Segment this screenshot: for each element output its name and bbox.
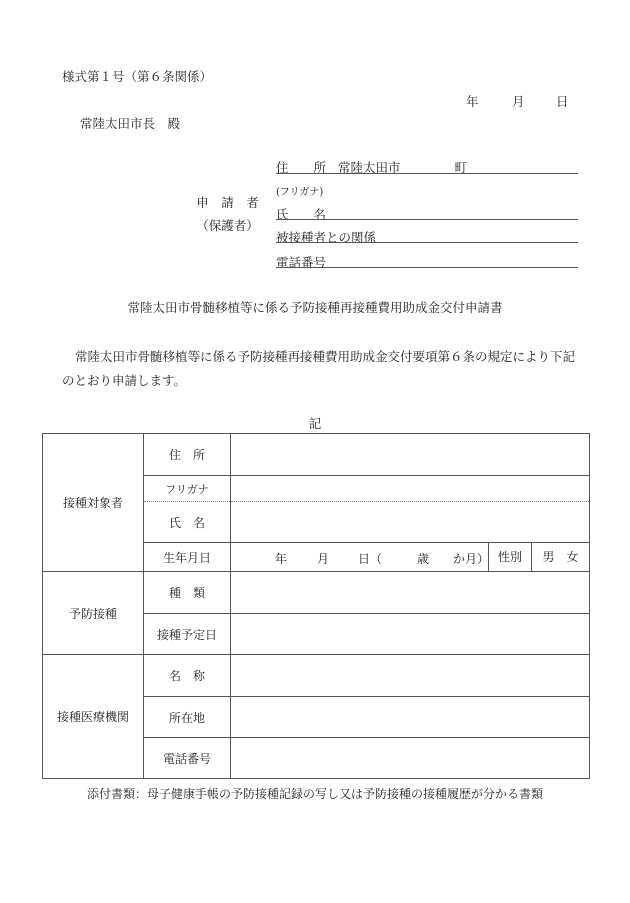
date-month: 月 [512, 92, 525, 110]
birth-day-label: 日（ [358, 550, 382, 567]
row-label-scheduled-date: 接種予定日 [144, 614, 231, 655]
document-title: 常陸太田市骨髄移植等に係る予防接種再接種費用助成金交付申請書 [0, 298, 630, 316]
institution-location-input[interactable] [231, 697, 590, 738]
date-year: 年 [466, 92, 479, 110]
name-underline [276, 219, 578, 220]
document-body: 常陸太田市骨髄移植等に係る予防接種再接種費用助成金交付要項第６条の規定により下記… [62, 345, 577, 393]
birth-month-label: 月 [317, 550, 329, 567]
relation-underline [276, 242, 578, 243]
row-label-furigana: フリガナ [144, 476, 231, 502]
application-table: 接種対象者 住 所 フリガナ 氏 名 生年月日 年 月 日（ 歳 か月） 性別 … [42, 433, 590, 779]
attachment-note: 添付書類：母子健康手帳の予防接種記録の写し又は予防接種の接種履歴が分かる書類 [0, 785, 630, 802]
subject-furigana-input[interactable] [231, 476, 590, 502]
birthdate-cell: 年 月 日（ 歳 か月） 性別 男女 [231, 543, 590, 572]
applicant-relation-field[interactable]: 被接種者との関係 [276, 228, 376, 246]
addressee: 常陸太田市長 殿 [80, 114, 180, 132]
sex-option-male[interactable]: 男 [542, 550, 554, 564]
section-label-vaccination: 予防接種 [43, 572, 144, 655]
institution-name-input[interactable] [231, 655, 590, 697]
applicant-phone-field[interactable]: 電話番号 [276, 253, 326, 271]
vaccination-date-input[interactable] [231, 614, 590, 655]
section-label-subject: 接種対象者 [43, 434, 144, 572]
section-label-medical-institution: 接種医療機関 [43, 655, 144, 779]
table-row: 接種対象者 住 所 [43, 434, 590, 476]
sex-label: 性別 [489, 543, 532, 571]
subject-name-input[interactable] [231, 502, 590, 543]
row-label-name: 氏 名 [144, 502, 231, 543]
applicant-label: 申 請 者 [190, 193, 265, 211]
applicant-name-field[interactable]: 氏 名 [276, 205, 326, 223]
vaccination-type-input[interactable] [231, 572, 590, 614]
form-number: 様式第１号（第６条関係） [62, 67, 212, 85]
phone-underline [276, 267, 578, 268]
row-label-address: 住 所 [144, 434, 231, 476]
row-label-institution-phone: 電話番号 [144, 738, 231, 779]
birthdate-input[interactable]: 年 月 日（ 歳 か月） [231, 543, 489, 571]
age-months-label: か月） [453, 550, 488, 567]
address-underline [276, 173, 578, 174]
row-label-type: 種 類 [144, 572, 231, 614]
table-row: 予防接種 種 類 [43, 572, 590, 614]
birth-year-label: 年 [275, 550, 287, 567]
institution-phone-input[interactable] [231, 738, 590, 779]
row-label-birthdate: 生年月日 [144, 543, 231, 572]
date-day: 日 [556, 92, 569, 110]
sex-option-female[interactable]: 女 [567, 550, 579, 564]
ki-heading: 記 [0, 414, 630, 432]
subject-address-input[interactable] [231, 434, 590, 476]
applicant-furigana-field[interactable]: (フリガナ) [276, 183, 323, 198]
row-label-institution-name: 名 称 [144, 655, 231, 697]
row-label-institution-location: 所在地 [144, 697, 231, 738]
applicant-sub-label: （保護者） [190, 216, 265, 234]
age-years-label: 歳 [417, 550, 429, 567]
table-row: 接種医療機関 名 称 [43, 655, 590, 697]
sex-options: 男女 [532, 543, 589, 571]
